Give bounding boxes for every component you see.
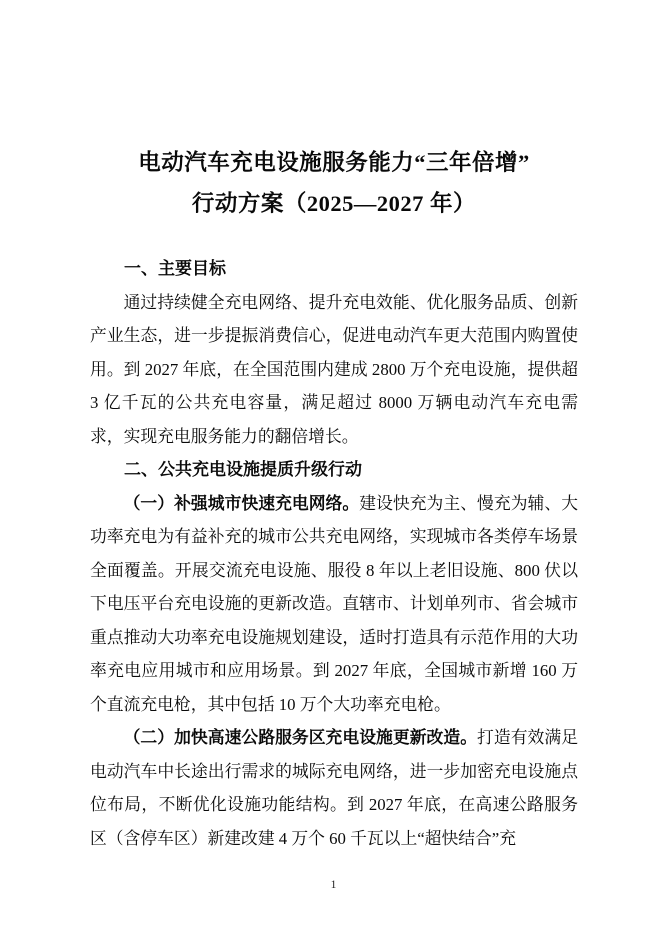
paragraph: （一）补强城市快速充电网络。建设快充为主、慢充为辅、大功率充电为有益补充的城市公… — [90, 487, 578, 722]
document-title-line-1: 电动汽车充电设施服务能力“三年倍增” — [90, 142, 578, 183]
document-title: 电动汽车充电设施服务能力“三年倍增” 行动方案（2025—2027 年） — [90, 142, 578, 224]
section-heading-main-goals: 一、主要目标 — [90, 252, 578, 286]
document-title-line-2: 行动方案（2025—2027 年） — [90, 183, 578, 224]
paragraph-lead: （二）加快高速公路服务区充电设施更新改造。 — [124, 728, 477, 747]
paragraph: 通过持续健全充电网络、提升充电效能、优化服务品质、创新产业生态，进一步提振消费信… — [90, 286, 578, 454]
paragraph-lead: （一）补强城市快速充电网络。 — [124, 494, 360, 513]
document-page: 电动汽车充电设施服务能力“三年倍增” 行动方案（2025—2027 年） 一、主… — [0, 0, 667, 943]
page-number: 1 — [331, 879, 337, 891]
paragraph-text: 通过持续健全充电网络、提升充电效能、优化服务品质、创新产业生态，进一步提振消费信… — [90, 293, 578, 446]
page-footer: 1 — [0, 878, 667, 892]
section-heading-public-charging-upgrade: 二、公共充电设施提质升级行动 — [90, 453, 578, 487]
document-body: 一、主要目标 通过持续健全充电网络、提升充电效能、优化服务品质、创新产业生态，进… — [90, 252, 578, 855]
paragraph-text: 建设快充为主、慢充为辅、大功率充电为有益补充的城市公共充电网络，实现城市各类停车… — [90, 494, 578, 714]
paragraph: （二）加快高速公路服务区充电设施更新改造。打造有效满足电动汽车中长途出行需求的城… — [90, 721, 578, 855]
